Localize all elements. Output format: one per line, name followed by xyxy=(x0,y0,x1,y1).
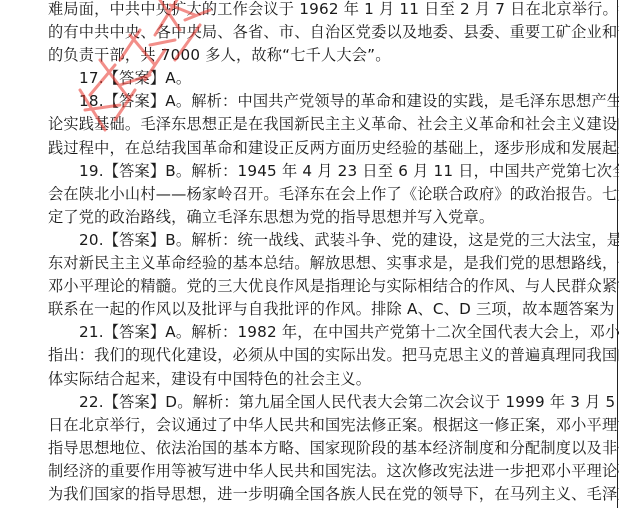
text-line: 难局面，中共中央扩大的工作会议于 1962 年 1 月 11 日至 2 月 7 … xyxy=(48,0,615,21)
answer-17: 17.【答案】A。 xyxy=(48,67,615,90)
text-line: 的负责干部，共 7000 多人，故称“七千人大会”。 xyxy=(48,44,615,67)
text-line: 定了党的政治路线，确立毛泽东思想为党的指导思想并写入党章。 xyxy=(48,206,615,229)
answer-22: 22.【答案】D。解析：第九届全国人民代表大会第二次会议于 1999 年 3 月… xyxy=(48,391,615,414)
answer-21: 21.【答案】A。解析：1982 年，在中国共产党第十二次全国代表大会上，邓小平… xyxy=(48,321,615,344)
page-edge-rule xyxy=(617,0,618,508)
text-line: 联系在一起的作风以及批评与自我批评的作风。排除 A、C、D 三项，故本题答案为 … xyxy=(48,298,615,321)
text-line: 论实践基础。毛泽东思想正是在我国新民主主义革命、社会主义革命和社会主义建设的实 xyxy=(48,113,615,136)
text-line: 邓小平理论的精髓。党的三大优良作风是指理论与实际相结合的作风、与人民群众紧密地 xyxy=(48,275,615,298)
text-line: 会在陕北小山村——杨家岭召开。毛泽东在会上作了《论联合政府》的政治报告。七大确 xyxy=(48,183,615,206)
text-line: 指导思想地位、依法治国的基本方略、国家现阶段的基本经济制度和分配制度以及非公有 xyxy=(48,437,615,460)
text-line: 的有中共中央、各中央局、各省、市、自治区党委以及地委、县委、重要工矿企业和部队 xyxy=(48,21,615,44)
answer-18: 18.【答案】A。解析：中国共产党领导的革命和建设的实践，是毛泽东思想产生的理 xyxy=(48,90,615,113)
document-page: 难局面，中共中央扩大的工作会议于 1962 年 1 月 11 日至 2 月 7 … xyxy=(48,0,615,506)
text-line: 东对新民主主义革命经验的基本总结。解放思想、实事求是，是我们党的思想路线，也是 xyxy=(48,252,615,275)
text-line: 制经济的重要作用等被写进中华人民共和国宪法。这次修改宪法进一步把邓小平理论确立 xyxy=(48,460,615,483)
text-line: 践过程中，在总结我国革命和建设正反两方面历史经验的基础上，逐步形成和发展起来的。 xyxy=(48,137,615,160)
text-line: 指出：我们的现代化建设，必须从中国的实际出发。把马克思主义的普遍真理同我国的具 xyxy=(48,344,615,367)
text-line: 体实际结合起来，建设有中国特色的社会主义。 xyxy=(48,368,615,391)
text-line: 为我们国家的指导思想，进一步明确全国各族人民在党的领导下，在马列主义、毛泽东思 xyxy=(48,483,615,506)
answer-19: 19.【答案】B。解析：1945 年 4 月 23 日至 6 月 11 日，中国… xyxy=(48,160,615,183)
answer-20: 20.【答案】B。解析：统一战线、武装斗争、党的建设，这是党的三大法宝，是毛泽 xyxy=(48,229,615,252)
text-line: 日在北京举行，会议通过了中华人民共和国宪法修正案。根据这一修正案，邓小平理论的 xyxy=(48,414,615,437)
